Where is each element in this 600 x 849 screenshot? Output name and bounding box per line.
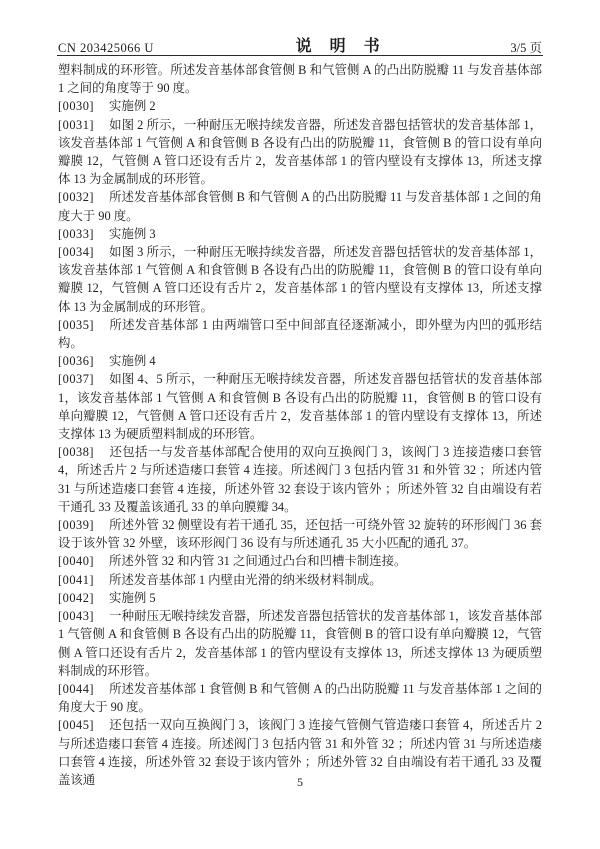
paragraph: [0041]所述发音基体部 1 内壁由光滑的纳米级材料制成。	[58, 571, 542, 589]
paragraph-number: [0033]	[58, 225, 94, 243]
paragraph-text: 所述外管 32 和内管 31 之间通过凸台和凹槽卡制连接。	[109, 554, 406, 568]
paragraph-number: [0038]	[58, 443, 94, 461]
paragraph-number: [0031]	[58, 116, 94, 134]
paragraph-text: 所述发音基体部食管侧 B 和气管侧 A 的凸出防脱瓣 11 与发音基体部 1 之…	[58, 190, 542, 222]
patent-specification-page: CN 203425066 U 说 明 书 3/5 页 塑料制成的环形管。所述发音…	[0, 0, 600, 849]
paragraph: 塑料制成的环形管。所述发音基体部食管侧 B 和气管侧 A 的凸出防脱瓣 11 与…	[58, 61, 542, 97]
paragraph: [0033]实施例 3	[58, 225, 542, 243]
paragraph-number: [0043]	[58, 607, 94, 625]
paragraph-number: [0045]	[58, 716, 94, 734]
paragraph-number: [0036]	[58, 352, 94, 370]
page-footer: 5	[0, 775, 600, 790]
paragraph: [0037]如图 4、5 所示，一种耐压无喉持续发音器，所述发音器包括管状的发音…	[58, 370, 542, 443]
paragraph: [0032]所述发音基体部食管侧 B 和气管侧 A 的凸出防脱瓣 11 与发音基…	[58, 188, 542, 224]
paragraph: [0035]所述发音基体部 1 由两端管口至中间部直径逐渐减小，即外壁为内凹的弧…	[58, 316, 542, 352]
paragraph-text: 所述发音基体部 1 由两端管口至中间部直径逐渐减小，即外壁为内凹的弧形结构。	[58, 318, 542, 350]
paragraph-text: 所述发音基体部 1 内壁由光滑的纳米级材料制成。	[109, 573, 382, 587]
paragraph-number: [0032]	[58, 188, 94, 206]
paragraph: [0038]还包括一与发音基体部配合使用的双向互换阀门 3，该阀门 3 连接造瘘…	[58, 443, 542, 516]
paragraph-text: 塑料制成的环形管。所述发音基体部食管侧 B 和气管侧 A 的凸出防脱瓣 11 与…	[58, 63, 542, 95]
document-type-title: 说 明 书	[296, 33, 381, 56]
paragraph: [0036]实施例 4	[58, 352, 542, 370]
header-divider-line	[57, 55, 543, 56]
paragraph-text: 所述发音基体部 1 食管侧 B 和气管侧 A 的凸出防脱瓣 11 与发音基体部 …	[58, 682, 542, 714]
paragraph: [0031]如图 2 所示，一种耐压无喉持续发音器，所述发音器包括管状的发音基体…	[58, 116, 542, 189]
paragraph-text: 所述外管 32 侧壁设有若干通孔 35，还包括一可绕外管 32 旋转的环形阀门 …	[58, 518, 542, 550]
paragraph-text: 实施例 5	[109, 591, 155, 605]
paragraph: [0034]如图 3 所示，一种耐压无喉持续发音器，所述发音器包括管状的发音基体…	[58, 243, 542, 316]
paragraph-number: [0034]	[58, 243, 94, 261]
paragraph-text: 实施例 3	[109, 227, 155, 241]
paragraph-text: 如图 3 所示，一种耐压无喉持续发音器，所述发音器包括管状的发音基体部 1，该发…	[58, 245, 542, 314]
paragraph: [0042]实施例 5	[58, 589, 542, 607]
paragraph: [0039]所述外管 32 侧壁设有若干通孔 35，还包括一可绕外管 32 旋转…	[58, 516, 542, 552]
paragraph-list: 塑料制成的环形管。所述发音基体部食管侧 B 和气管侧 A 的凸出防脱瓣 11 与…	[58, 61, 542, 789]
paragraph: [0044]所述发音基体部 1 食管侧 B 和气管侧 A 的凸出防脱瓣 11 与…	[58, 680, 542, 716]
paragraph: [0030]实施例 2	[58, 97, 542, 115]
paragraph-number: [0039]	[58, 516, 94, 534]
paragraph-text: 实施例 4	[109, 354, 155, 368]
paragraph-text: 如图 4、5 所示，一种耐压无喉持续发音器，所述发音器包括管状的发音基体部 1，…	[58, 372, 542, 441]
paragraph-number: [0042]	[58, 589, 94, 607]
footer-page-number: 5	[297, 775, 303, 789]
paragraph-number: [0035]	[58, 316, 94, 334]
paragraph: [0040]所述外管 32 和内管 31 之间通过凸台和凹槽卡制连接。	[58, 552, 542, 570]
paragraph-text: 实施例 2	[109, 99, 155, 113]
paragraph: [0043]一种耐压无喉持续发音器，所述发音器包括管状的发音基体部 1，该发音基…	[58, 607, 542, 680]
paragraph-number: [0044]	[58, 680, 94, 698]
page-indicator: 3/5 页	[510, 38, 542, 56]
publication-number: CN 203425066 U	[58, 41, 154, 56]
paragraph-number: [0040]	[58, 552, 94, 570]
paragraph-text: 如图 2 所示，一种耐压无喉持续发音器，所述发音器包括管状的发音基体部 1，该发…	[58, 118, 542, 187]
paragraph-text: 一种耐压无喉持续发音器，所述发音器包括管状的发音基体部 1，该发音基体部 1 气…	[58, 609, 542, 678]
paragraph-text: 还包括一与发音基体部配合使用的双向互换阀门 3，该阀门 3 连接造瘘口套管 4，…	[58, 445, 542, 514]
paragraph-number: [0037]	[58, 370, 94, 388]
page-header: CN 203425066 U 说 明 书 3/5 页	[58, 36, 542, 56]
paragraph-number: [0041]	[58, 571, 94, 589]
paragraph-number: [0030]	[58, 97, 94, 115]
